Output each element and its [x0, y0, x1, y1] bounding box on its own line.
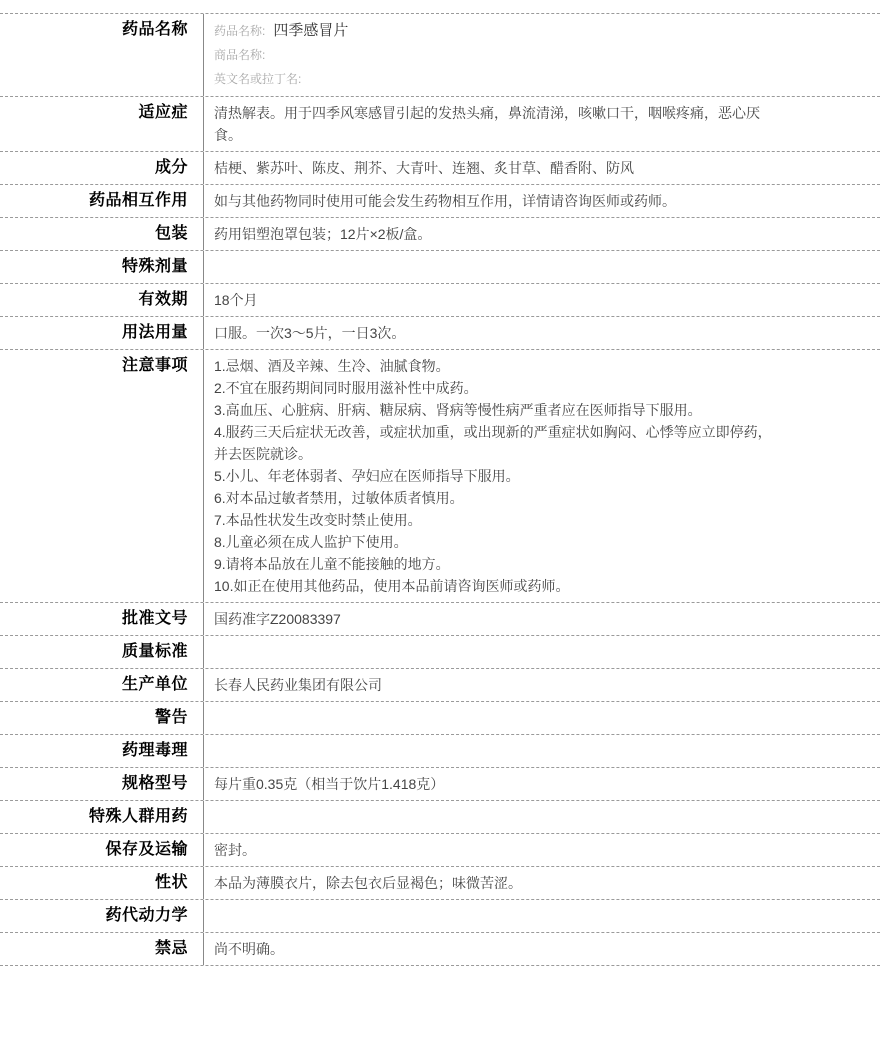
row-value-text: 18个月	[214, 289, 784, 311]
row-label-drug-interactions: 药品相互作用	[0, 185, 203, 217]
row-label-storage-transport: 保存及运输	[0, 834, 203, 866]
row-contraindications: 禁忌尚不明确。	[0, 932, 880, 965]
name-field-line: 英文名或拉丁名:	[214, 67, 854, 91]
precaution-item: 9.请将本品放在儿童不能接触的地方。	[214, 553, 784, 575]
row-indications: 适应症清热解表。用于四季风寒感冒引起的发热头痛，鼻流清涕，咳嗽口干，咽喉疼痛，恶…	[0, 96, 880, 151]
row-pharmacology-toxicology: 药理毒理	[0, 734, 880, 767]
row-label-packaging: 包装	[0, 218, 203, 250]
row-special-population: 特殊人群用药	[0, 800, 880, 833]
precaution-item: 3.高血压、心脏病、肝病、糖尿病、肾病等慢性病严重者应在医师指导下服用。	[214, 399, 784, 421]
row-value-shelf-life: 18个月	[203, 284, 880, 316]
row-label-special-dosage: 特殊剂量	[0, 251, 203, 283]
drug-info-table: 药品名称药品名称:四季感冒片商品名称:英文名或拉丁名:适应症清热解表。用于四季风…	[0, 13, 880, 966]
name-field-key: 商品名称:	[214, 48, 265, 62]
name-field-key: 药品名称:	[214, 24, 265, 38]
row-value-warning	[203, 702, 880, 734]
precaution-item: 7.本品性状发生改变时禁止使用。	[214, 509, 784, 531]
row-value-ingredients: 桔梗、紫苏叶、陈皮、荆芥、大青叶、连翘、炙甘草、醋香附、防风	[203, 152, 880, 184]
row-quality-standard: 质量标准	[0, 635, 880, 668]
row-value-drug-name: 药品名称:四季感冒片商品名称:英文名或拉丁名:	[203, 14, 880, 96]
row-value-contraindications: 尚不明确。	[203, 933, 880, 965]
row-special-dosage: 特殊剂量	[0, 250, 880, 283]
row-value-drug-interactions: 如与其他药物同时使用可能会发生药物相互作用，详情请咨询医师或药师。	[203, 185, 880, 217]
row-value-precautions: 1.忌烟、酒及辛辣、生冷、油腻食物。2.不宜在服药期间同时服用滋补性中成药。3.…	[203, 350, 880, 602]
row-value-properties: 本品为薄膜衣片，除去包衣后显褐色；味微苦涩。	[203, 867, 880, 899]
row-label-special-population: 特殊人群用药	[0, 801, 203, 833]
row-label-specification: 规格型号	[0, 768, 203, 800]
precaution-item: 4.服药三天后症状无改善，或症状加重，或出现新的严重症状如胸闷、心悸等应立即停药…	[214, 421, 784, 465]
row-value-text: 国药准字Z20083397	[214, 608, 784, 630]
row-label-pharmacokinetics: 药代动力学	[0, 900, 203, 932]
row-value-text: 口服。一次3～5片，一日3次。	[214, 322, 784, 344]
row-label-manufacturer: 生产单位	[0, 669, 203, 701]
row-value-text: 长春人民药业集团有限公司	[214, 674, 784, 696]
row-label-contraindications: 禁忌	[0, 933, 203, 965]
row-label-drug-name: 药品名称	[0, 14, 203, 96]
product-name: 四季感冒片	[273, 22, 348, 39]
row-dosage-usage: 用法用量口服。一次3～5片，一日3次。	[0, 316, 880, 349]
row-specification: 规格型号每片重0.35克（相当于饮片1.418克）	[0, 767, 880, 800]
row-value-text: 桔梗、紫苏叶、陈皮、荆芥、大青叶、连翘、炙甘草、醋香附、防风	[214, 157, 784, 179]
row-value-special-population	[203, 801, 880, 833]
row-approval-number: 批准文号国药准字Z20083397	[0, 602, 880, 635]
row-value-quality-standard	[203, 636, 880, 668]
row-value-text: 尚不明确。	[214, 938, 784, 960]
row-label-indications: 适应症	[0, 97, 203, 151]
row-value-text: 密封。	[214, 839, 784, 861]
precaution-item: 6.对本品过敏者禁用，过敏体质者慎用。	[214, 487, 784, 509]
row-value-indications: 清热解表。用于四季风寒感冒引起的发热头痛，鼻流清涕，咳嗽口干，咽喉疼痛，恶心厌食…	[203, 97, 880, 151]
precaution-item: 5.小儿、年老体弱者、孕妇应在医师指导下服用。	[214, 465, 784, 487]
row-value-approval-number: 国药准字Z20083397	[203, 603, 880, 635]
row-drug-name: 药品名称药品名称:四季感冒片商品名称:英文名或拉丁名:	[0, 14, 880, 96]
precaution-item: 2.不宜在服药期间同时服用滋补性中成药。	[214, 377, 784, 399]
row-label-precautions: 注意事项	[0, 350, 203, 602]
precaution-item: 1.忌烟、酒及辛辣、生冷、油腻食物。	[214, 355, 784, 377]
name-field-line: 商品名称:	[214, 43, 854, 67]
row-label-shelf-life: 有效期	[0, 284, 203, 316]
row-packaging: 包装药用铝塑泡罩包装；12片×2板/盒。	[0, 217, 880, 250]
row-value-text: 本品为薄膜衣片，除去包衣后显褐色；味微苦涩。	[214, 872, 784, 894]
precaution-item: 10.如正在使用其他药品，使用本品前请咨询医师或药师。	[214, 575, 784, 597]
row-value-text: 每片重0.35克（相当于饮片1.418克）	[214, 773, 784, 795]
row-warning: 警告	[0, 701, 880, 734]
row-precautions: 注意事项1.忌烟、酒及辛辣、生冷、油腻食物。2.不宜在服药期间同时服用滋补性中成…	[0, 349, 880, 602]
row-value-manufacturer: 长春人民药业集团有限公司	[203, 669, 880, 701]
row-value-pharmacokinetics	[203, 900, 880, 932]
row-manufacturer: 生产单位长春人民药业集团有限公司	[0, 668, 880, 701]
row-value-packaging: 药用铝塑泡罩包装；12片×2板/盒。	[203, 218, 880, 250]
row-value-dosage-usage: 口服。一次3～5片，一日3次。	[203, 317, 880, 349]
row-value-storage-transport: 密封。	[203, 834, 880, 866]
precaution-item: 8.儿童必须在成人监护下使用。	[214, 531, 784, 553]
row-drug-interactions: 药品相互作用如与其他药物同时使用可能会发生药物相互作用，详情请咨询医师或药师。	[0, 184, 880, 217]
name-field-line: 药品名称:四季感冒片	[214, 19, 854, 43]
row-pharmacokinetics: 药代动力学	[0, 899, 880, 932]
row-label-warning: 警告	[0, 702, 203, 734]
row-storage-transport: 保存及运输密封。	[0, 833, 880, 866]
row-value-text: 如与其他药物同时使用可能会发生药物相互作用，详情请咨询医师或药师。	[214, 190, 784, 212]
row-value-text: 清热解表。用于四季风寒感冒引起的发热头痛，鼻流清涕，咳嗽口干，咽喉疼痛，恶心厌食…	[214, 102, 784, 146]
name-field-key: 英文名或拉丁名:	[214, 72, 301, 86]
row-label-quality-standard: 质量标准	[0, 636, 203, 668]
row-value-text: 药用铝塑泡罩包装；12片×2板/盒。	[214, 223, 784, 245]
row-label-dosage-usage: 用法用量	[0, 317, 203, 349]
row-label-approval-number: 批准文号	[0, 603, 203, 635]
row-properties: 性状本品为薄膜衣片，除去包衣后显褐色；味微苦涩。	[0, 866, 880, 899]
row-label-pharmacology-toxicology: 药理毒理	[0, 735, 203, 767]
row-value-special-dosage	[203, 251, 880, 283]
row-shelf-life: 有效期18个月	[0, 283, 880, 316]
row-label-ingredients: 成分	[0, 152, 203, 184]
row-value-specification: 每片重0.35克（相当于饮片1.418克）	[203, 768, 880, 800]
row-label-properties: 性状	[0, 867, 203, 899]
row-value-pharmacology-toxicology	[203, 735, 880, 767]
row-ingredients: 成分桔梗、紫苏叶、陈皮、荆芥、大青叶、连翘、炙甘草、醋香附、防风	[0, 151, 880, 184]
